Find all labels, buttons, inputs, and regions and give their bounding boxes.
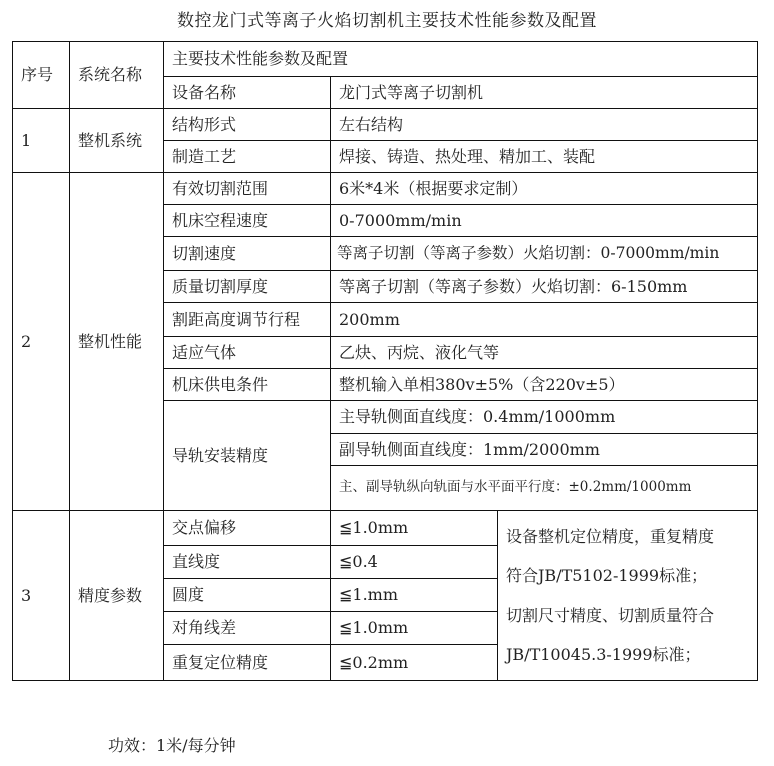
- row-label: 交点偏移: [163, 510, 331, 546]
- row-label: 割距高度调节行程: [163, 302, 331, 337]
- row-label: 适应气体: [163, 336, 331, 369]
- note-line: 切割尺寸精度、切割质量符合: [506, 606, 714, 625]
- row-label: 对角线差: [163, 611, 331, 645]
- row-value: 等离子切割（等离子参数）火焰切割：6-150mm: [330, 270, 758, 303]
- row-label: 质量切割厚度: [163, 270, 331, 303]
- row-value: 主、副导轨纵向轨面与水平面平行度：±0.2mm/1000mm: [330, 465, 758, 511]
- row-label: 机床供电条件: [163, 368, 331, 401]
- header-main-params: 主要技术性能参数及配置: [163, 41, 758, 77]
- row-value: ≦1.mm: [330, 578, 498, 612]
- row-value: ≦1.0mm: [330, 510, 498, 546]
- row-label: 有效切割范围: [163, 172, 331, 205]
- section-1-system: 整机系统: [69, 108, 164, 173]
- row-value: 乙炔、丙烷、液化气等: [330, 336, 758, 369]
- section-2-system: 整机性能: [69, 172, 164, 511]
- section-1-seq: 1: [12, 108, 70, 173]
- header-system-name: 系统名称: [69, 41, 164, 109]
- row-value: 焊接、铸造、热处理、精加工、装配: [330, 140, 758, 173]
- row-value: ≦0.2mm: [330, 644, 498, 681]
- header-device-name-value: 龙门式等离子切割机: [330, 76, 758, 109]
- section-2-seq: 2: [12, 172, 70, 511]
- row-value: 副导轨侧面直线度：1mm/2000mm: [330, 433, 758, 466]
- note-line: 设备整机定位精度，重复精度: [506, 527, 714, 546]
- row-label: 机床空程速度: [163, 204, 331, 237]
- note-line: 符合JB/T5102-1999标准；: [506, 566, 707, 585]
- row-value: ≦1.0mm: [330, 611, 498, 645]
- efficiency-note: 功效：1米/每分钟: [108, 733, 236, 756]
- section-3-seq: 3: [12, 510, 70, 681]
- row-value: 6米*4米（根据要求定制）: [330, 172, 758, 205]
- row-value: 整机输入单相380v±5%（含220v±5）: [330, 368, 758, 401]
- row-value: 左右结构: [330, 108, 758, 141]
- row-value: 200mm: [330, 302, 758, 337]
- row-label: 直线度: [163, 545, 331, 579]
- row-label: 切割速度: [163, 236, 331, 271]
- row-value: 0-7000mm/min: [330, 204, 758, 237]
- header-seq: 序号: [12, 41, 70, 109]
- row-value: 等离子切割（等离子参数）火焰切割：0-7000mm/min: [330, 236, 758, 271]
- section-3-system: 精度参数: [69, 510, 164, 681]
- row-label: 制造工艺: [163, 140, 331, 173]
- row-label-rail-precision: 导轨安装精度: [163, 400, 331, 511]
- row-label: 圆度: [163, 578, 331, 612]
- row-label: 重复定位精度: [163, 644, 331, 681]
- note-line: JB/T10045.3-1999标准；: [506, 645, 701, 664]
- precision-note: 设备整机定位精度，重复精度 符合JB/T5102-1999标准； 切割尺寸精度、…: [497, 510, 758, 681]
- document-title: 数控龙门式等离子火焰切割机主要技术性能参数及配置: [0, 6, 774, 31]
- row-value: 主导轨侧面直线度：0.4mm/1000mm: [330, 400, 758, 434]
- spec-table: 序号 系统名称 主要技术性能参数及配置 设备名称 龙门式等离子切割机 1 整机系…: [12, 41, 758, 681]
- row-label: 结构形式: [163, 108, 331, 141]
- header-device-name-label: 设备名称: [163, 76, 331, 109]
- row-value: ≦0.4: [330, 545, 498, 579]
